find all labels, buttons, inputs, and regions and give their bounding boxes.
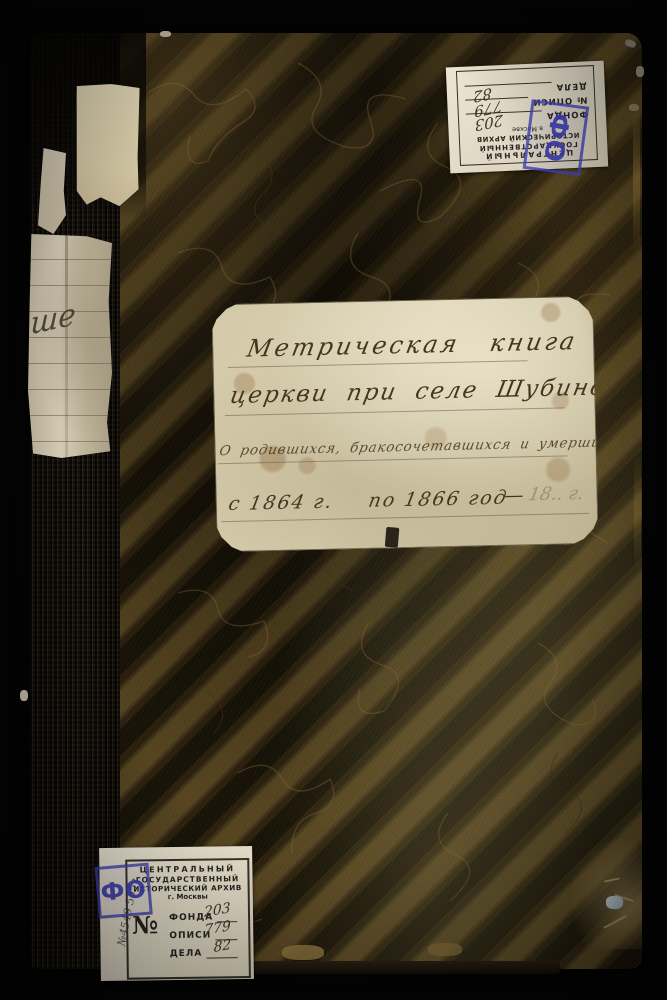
bottom-edge-damage	[428, 943, 462, 956]
dates-to: по 1866 год	[367, 487, 510, 512]
torn-paper-remnant	[75, 84, 139, 207]
numero-sign: №	[132, 913, 159, 959]
archive-stamp-label-bottom: №4549 555г ЦЕНТРАЛЬНЫЙ ГОСУДАРСТВЕННЫЙ И…	[99, 846, 254, 981]
handwritten-delo-number: 82	[473, 83, 492, 105]
book-cover-photo: ше Метрическая книга церкви при селе Шуб…	[0, 0, 667, 1000]
dates-faint: 18.. г.	[527, 483, 586, 505]
handwriting-fragment: ше	[30, 297, 76, 343]
paper-crease	[65, 234, 68, 458]
stamp-row-delo: ДЕЛА 82	[170, 942, 238, 959]
ink-blot	[385, 527, 400, 548]
handwritten-delo-number: 82	[214, 936, 232, 955]
edge-fray-speck	[629, 104, 639, 111]
handwritten-opis-number: 779	[205, 918, 231, 939]
title-line-1: Метрическая книга	[245, 327, 580, 363]
dates-from: с 1864 г.	[227, 491, 336, 515]
fo-ink-stamp: ФО	[95, 863, 153, 919]
edge-wear-streak	[634, 453, 641, 573]
edge-fray-speck	[636, 66, 644, 77]
title-label: Метрическая книга церкви при селе Шубино…	[211, 296, 599, 553]
dates-dash: —	[503, 484, 526, 507]
title-line-2: церкви при селе Шубино.	[228, 374, 618, 409]
bottom-edge-damage	[282, 945, 324, 960]
handwritten-fond-number: 203	[204, 900, 230, 921]
ruled-line	[225, 407, 565, 416]
edge-fray-speck	[160, 31, 171, 37]
shiny-fragment	[606, 896, 623, 909]
worn-corner-bottom-right	[572, 839, 642, 949]
fo-ink-stamp: ФО	[523, 99, 590, 176]
edge-wear-streak	[633, 103, 640, 253]
ruled-line	[221, 513, 589, 522]
edge-fray-speck	[20, 690, 28, 701]
archive-stamp-label-top: ЦЕНТРАЛЬНЫЙ ГОСУДАРСТВЕННЫЙ ИСТОРИЧЕСКИЙ…	[446, 61, 608, 174]
spine-strip-label: ше	[28, 234, 112, 458]
